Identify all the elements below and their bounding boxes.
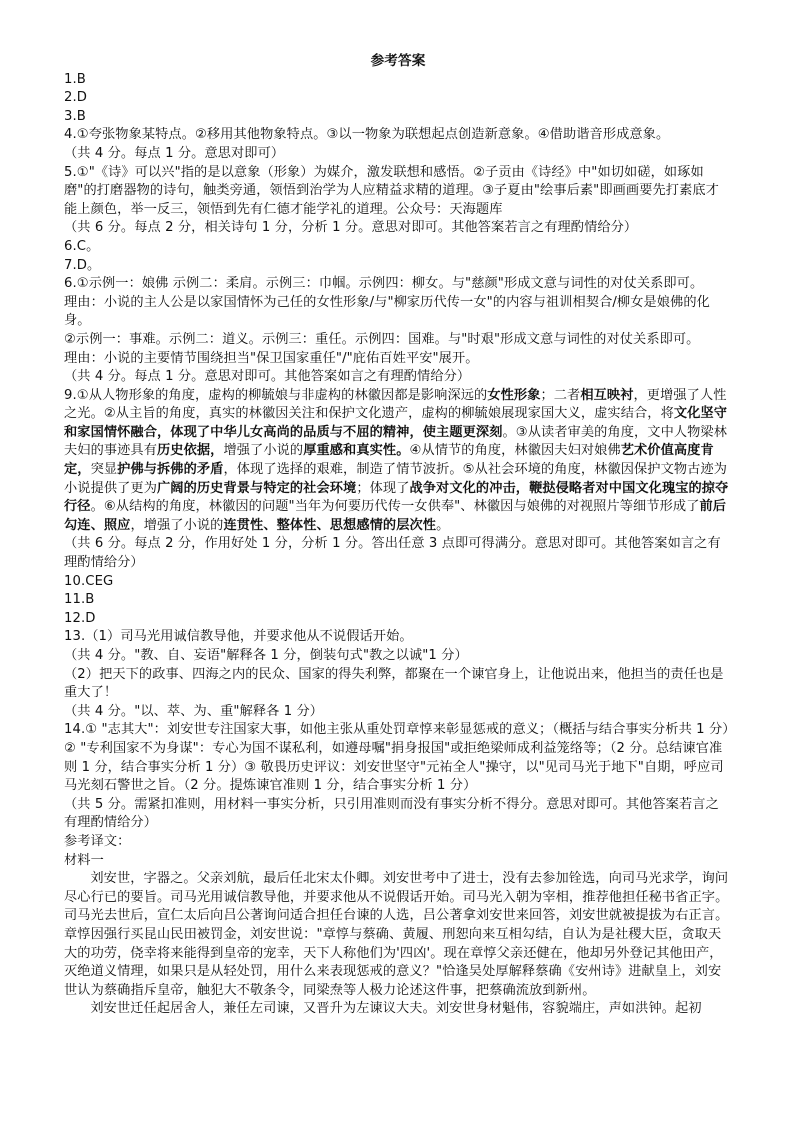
- material-label: 材料一: [64, 852, 732, 871]
- emphasized-text: 护佛与拆佛的矛盾: [117, 462, 223, 477]
- answer-8-part-1: 6.①示例一：娘佛 示例二：柔肩。示例三：巾帼。示例四：柳女。与"慈颜"形成文意…: [64, 275, 732, 294]
- answer-5: 5.①"《诗》可以兴"指的是以意象（形象）为媒介，激发联想和感悟。②子贡由《诗经…: [64, 164, 732, 220]
- answer-13-part-2: （2）把天下的政事、四海之内的民众、国家的得失利弊，都聚在一个谏官身上，让他说出…: [64, 666, 732, 703]
- answer-8-part-2: ②示例一：事难。示例二：道义。示例三：重任。示例四：国难。与"时艰"形成文意与词…: [64, 331, 732, 350]
- answer-text: 增强了小说的: [223, 443, 303, 458]
- answer-5-scoring-note: （共 6 分。每点 2 分，相关诗句 1 分，分析 1 分。意思对即可。其他答案…: [64, 219, 732, 238]
- answer-11: 11.B: [64, 591, 732, 610]
- answer-text: 突显: [91, 462, 118, 477]
- emphasized-text: 连贯性、整体性、思想感情的层次性: [223, 518, 436, 533]
- translation-heading: 参考译文：: [64, 833, 732, 852]
- answer-text: ；二者: [540, 388, 580, 403]
- answer-8-part-2-reason: 理由：小说的主要情节围绕担当"保卫国家重任"/"庇佑百姓平安"展开。: [64, 350, 732, 369]
- answer-7: 7.D。: [64, 257, 732, 276]
- answer-14-scoring-note: （共 5 分。需紧扣准则，用材料一事实分析，只引用准则而没有事实分析不得分。意思…: [64, 796, 732, 833]
- answer-text: 。⑥从结构的角度，林徽因的问题"当年为何要历代传一女供奉"、林徽因与娘佛的对视照…: [91, 499, 700, 514]
- answer-document: 参考答案 1.B 2.D 3.B 4.①夸张物象某特点。②移用其他物象特点。③以…: [64, 52, 732, 1019]
- document-title: 参考答案: [64, 52, 732, 71]
- answer-1: 1.B: [64, 71, 732, 90]
- answer-8-scoring-note: （共 4 分。每点 1 分。意思对即可。其他答案如言之有理酌情给分）: [64, 368, 732, 387]
- answer-text: ；体现了: [356, 481, 409, 496]
- answer-6: 6.C。: [64, 238, 732, 257]
- answer-text: ，增强了小说的: [130, 518, 223, 533]
- emphasized-text: 女性形象: [487, 388, 540, 403]
- answer-13-part-1: 13.（1）司马光用诚信教导他，并要求他从不说假话开始。: [64, 628, 732, 647]
- answer-text: 。: [436, 518, 449, 533]
- answer-text: ④从情节的角度，林徽因夫妇对娘佛: [410, 443, 621, 458]
- answer-12: 12.D: [64, 610, 732, 629]
- answer-9-scoring-note: （共 6 分。每点 2 分，作用好处 1 分，分析 1 分。答出任意 3 点即可…: [64, 535, 732, 572]
- answer-13-part-1-note: （共 4 分。"教、自、妄语"解释各 1 分，倒装句式"教之以诚"1 分）: [64, 647, 732, 666]
- answer-2: 2.D: [64, 89, 732, 108]
- answer-3: 3.B: [64, 108, 732, 127]
- emphasized-text: 相互映衬: [580, 388, 633, 403]
- answer-13-part-2-note: （共 4 分。"以、萃、为、重"解释各 1 分）: [64, 703, 732, 722]
- translation-paragraph-1: 刘安世，字器之。父亲刘航，最后任北宋太仆卿。刘安世考中了进士，没有去参加铨选，向…: [64, 870, 732, 1000]
- answer-4-scoring-note: （共 4 分。每点 1 分。意思对即可）: [64, 145, 732, 164]
- answer-text: 9.①从人物形象的角度，虚构的柳毓娘与非虚构的林徽因都是影响深远的: [64, 388, 487, 403]
- answer-14: 14.① "志其大"：刘安世专注国家大事，如他主张从重处罚章惇来彰显惩戒的意义；…: [64, 721, 732, 795]
- answer-9: 9.①从人物形象的角度，虚构的柳毓娘与非虚构的林徽因都是影响深远的女性形象；二者…: [64, 387, 732, 536]
- emphasized-text: 广阔的历史背景与特定的社会环境: [157, 481, 356, 496]
- answer-8-part-1-reason: 理由：小说的主人公是以家国情怀为己任的女性形象/与"柳家历代传一女"的内容与祖训…: [64, 294, 732, 331]
- emphasized-text: 厚重感和真实性。: [303, 443, 409, 458]
- answer-10: 10.CEG: [64, 573, 732, 592]
- translation-paragraph-2: 刘安世迁任起居舍人，兼任左司谏，又晋升为左谏议大夫。刘安世身材魁伟，容貌端庄，声…: [64, 1000, 732, 1019]
- answer-4: 4.①夸张物象某特点。②移用其他物象特点。③以一物象为联想起点创造新意象。④借助…: [64, 126, 732, 145]
- emphasized-text: 历史依据，: [157, 443, 223, 458]
